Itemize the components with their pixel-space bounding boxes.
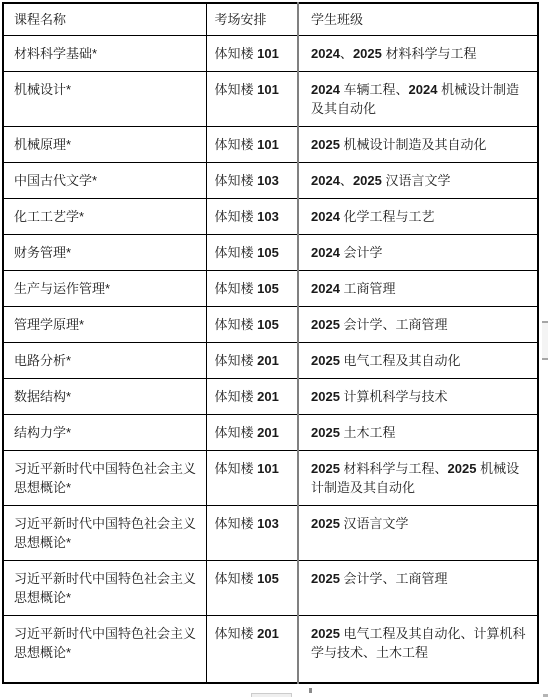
table-row: 数据结构*体知楼 2012025 计算机科学与技术 [3,379,538,415]
table-row: 习近平新时代中国特色社会主义思想概论*体知楼 1012025 材料科学与工程、2… [3,451,538,506]
table-row: 财务管理*体知楼 1052024 会计学 [3,235,538,271]
cell-course: 习近平新时代中国特色社会主义思想概论* [3,616,206,684]
cell-course: 财务管理* [3,235,206,271]
cell-course: 管理学原理* [3,307,206,343]
cell-course: 机械原理* [3,127,206,163]
table-row: 材料科学基础*体知楼 1012024、2025 材料科学与工程 [3,36,538,72]
cell-classes: 2025 土木工程 [298,415,538,451]
cell-room: 体知楼 101 [206,72,298,127]
table-row: 机械原理*体知楼 1012025 机械设计制造及其自动化 [3,127,538,163]
cell-room: 体知楼 201 [206,379,298,415]
cell-course: 机械设计* [3,72,206,127]
table-row: 生产与运作管理*体知楼 1052024 工商管理 [3,271,538,307]
column-header-room: 考场安排 [206,3,298,36]
cell-classes: 2024 化学工程与工艺 [298,199,538,235]
horizontal-scrollbar-thumb-fragment[interactable] [251,693,292,697]
exam-schedule-table: 课程名称 考场安排 学生班级 材料科学基础*体知楼 1012024、2025 材… [2,2,539,684]
cell-course: 习近平新时代中国特色社会主义思想概论* [3,451,206,506]
cell-classes: 2024、2025 汉语言文学 [298,163,538,199]
cell-course: 习近平新时代中国特色社会主义思想概论* [3,561,206,616]
cell-classes: 2025 计算机科学与技术 [298,379,538,415]
cell-classes: 2025 会计学、工商管理 [298,561,538,616]
table-row: 习近平新时代中国特色社会主义思想概论*体知楼 1032025 汉语言文学 [3,506,538,561]
table-resize-handle-mark [309,688,312,693]
cell-room: 体知楼 101 [206,36,298,72]
table-row: 结构力学*体知楼 2012025 土木工程 [3,415,538,451]
cell-room: 体知楼 105 [206,235,298,271]
cell-room: 体知楼 101 [206,127,298,163]
cell-course: 结构力学* [3,415,206,451]
cell-classes: 2024 会计学 [298,235,538,271]
cell-room: 体知楼 105 [206,307,298,343]
cell-classes: 2025 会计学、工商管理 [298,307,538,343]
table-row: 习近平新时代中国特色社会主义思想概论*体知楼 2012025 电气工程及其自动化… [3,616,538,684]
table-row: 机械设计*体知楼 1012024 车辆工程、2024 机械设计制造及其自动化 [3,72,538,127]
column-header-classes: 学生班级 [298,3,538,36]
cell-classes: 2024、2025 材料科学与工程 [298,36,538,72]
cell-classes: 2025 电气工程及其自动化、计算机科学与技术、土木工程 [298,616,538,684]
cell-classes: 2024 车辆工程、2024 机械设计制造及其自动化 [298,72,538,127]
cell-room: 体知楼 201 [206,415,298,451]
document-page: 课程名称 考场安排 学生班级 材料科学基础*体知楼 1012024、2025 材… [0,0,548,697]
cell-course: 习近平新时代中国特色社会主义思想概论* [3,506,206,561]
cell-classes: 2025 材料科学与工程、2025 机械设计制造及其自动化 [298,451,538,506]
cell-course: 中国古代文学* [3,163,206,199]
cell-classes: 2025 汉语言文学 [298,506,538,561]
table-row: 管理学原理*体知楼 1052025 会计学、工商管理 [3,307,538,343]
table-row: 化工工艺学*体知楼 1032024 化学工程与工艺 [3,199,538,235]
table-row: 习近平新时代中国特色社会主义思想概论*体知楼 1052025 会计学、工商管理 [3,561,538,616]
cell-room: 体知楼 103 [206,163,298,199]
cell-classes: 2024 工商管理 [298,271,538,307]
table-row: 中国古代文学*体知楼 1032024、2025 汉语言文学 [3,163,538,199]
cell-course: 生产与运作管理* [3,271,206,307]
cell-room: 体知楼 103 [206,199,298,235]
table-row: 电路分析*体知楼 2012025 电气工程及其自动化 [3,343,538,379]
vertical-scrollbar-thumb-fragment[interactable] [542,321,548,360]
cell-course: 电路分析* [3,343,206,379]
cell-room: 体知楼 105 [206,271,298,307]
cell-course: 材料科学基础* [3,36,206,72]
cell-room: 体知楼 201 [206,616,298,684]
cell-course: 数据结构* [3,379,206,415]
cell-classes: 2025 机械设计制造及其自动化 [298,127,538,163]
column-header-course: 课程名称 [3,3,206,36]
table-header-row: 课程名称 考场安排 学生班级 [3,3,538,36]
cell-room: 体知楼 201 [206,343,298,379]
cell-classes: 2025 电气工程及其自动化 [298,343,538,379]
cell-room: 体知楼 101 [206,451,298,506]
cell-course: 化工工艺学* [3,199,206,235]
cell-room: 体知楼 105 [206,561,298,616]
cell-room: 体知楼 103 [206,506,298,561]
